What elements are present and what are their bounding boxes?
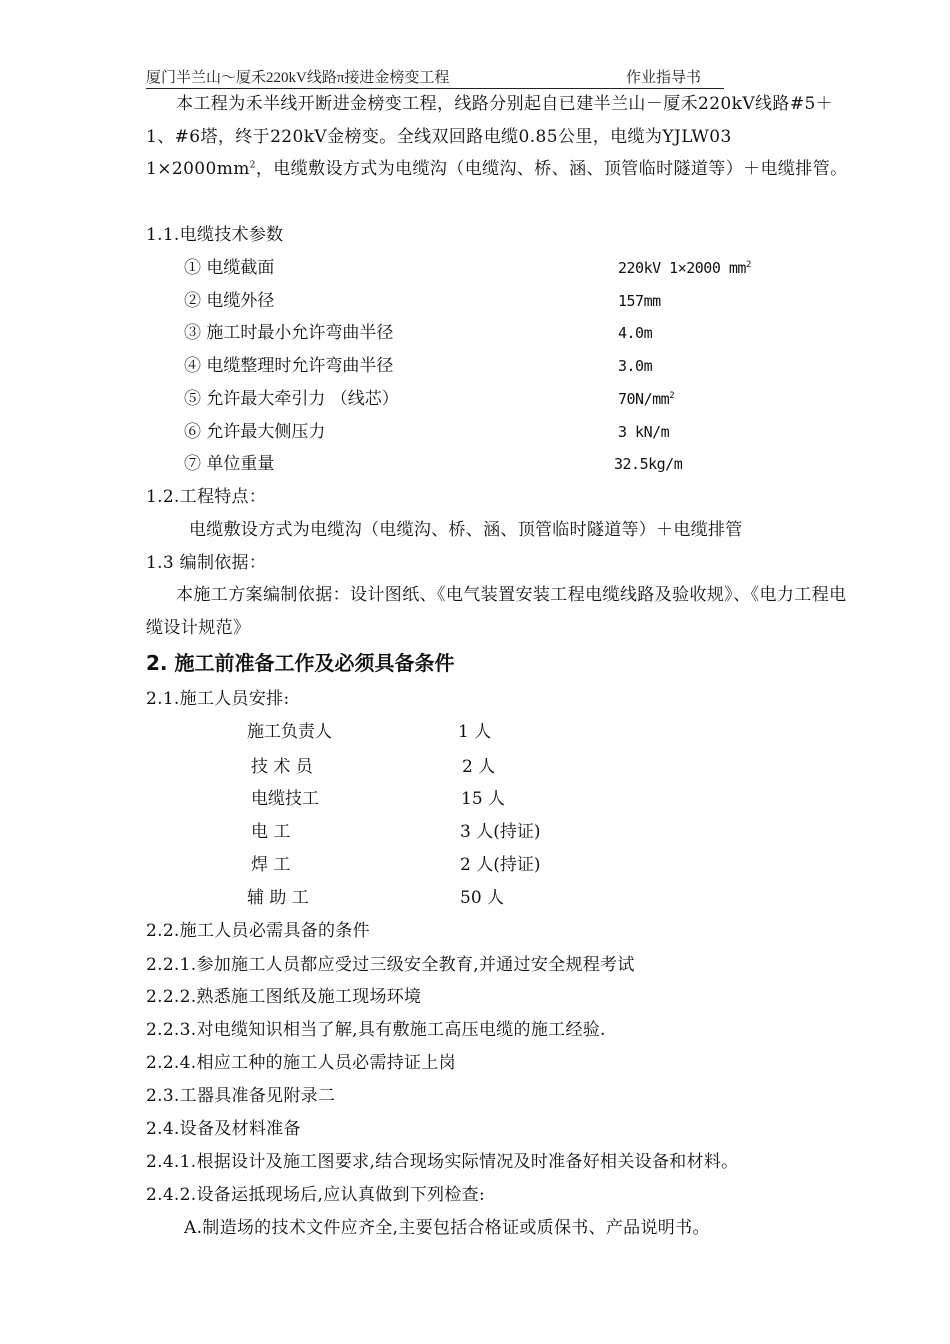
param-label: ③ 施工时最小允许弯曲半径: [184, 322, 393, 344]
item-2-2-1: 2.2.1.参加施工人员都应受过三级安全教育,并通过安全规程考试: [146, 954, 635, 976]
param-label: ⑤ 允许最大牵引力 （线芯）: [184, 388, 399, 410]
param-label: ① 电缆截面: [184, 257, 274, 279]
item-a: A.制造场的技术文件应齐全,主要包括合格证或质保书、产品说明书。: [184, 1217, 710, 1239]
item-2-3: 2.3.工器具准备见附录二: [146, 1085, 335, 1107]
features-text: 电缆敷设方式为电缆沟（电缆沟、桥、涵、顶管临时隧道等）＋电缆排管: [189, 519, 743, 541]
param-label: ④ 电缆整理时允许弯曲半径: [184, 355, 393, 377]
staff-role: 辅 助 工: [247, 887, 309, 909]
param-value: 70N/mm2: [618, 388, 674, 410]
staff-role: 技 术 员: [251, 756, 313, 778]
item-2-4-1: 2.4.1.根据设计及施工图要求,结合现场实际情况及时准备好相关设备和材料。: [146, 1151, 738, 1173]
intro-paragraph: 本工程为禾半线开断进金榜变工程，线路分别起自已建半兰山－厦禾220kV线路#5＋…: [146, 88, 861, 186]
staff-role: 施工负责人: [247, 721, 332, 743]
staff-count: 1 人: [458, 721, 491, 743]
item-2-2-2: 2.2.2.熟悉施工图纸及施工现场环境: [146, 986, 421, 1008]
param-label: ⑥ 允许最大侧压力: [184, 421, 325, 443]
heading-1-2: 1.2.工程特点：: [146, 486, 266, 508]
param-value: 4.0m: [618, 322, 652, 344]
staff-role: 焊 工: [251, 854, 290, 876]
staff-count: 50 人: [460, 887, 504, 909]
item-2-4: 2.4.设备及材料准备: [146, 1118, 301, 1140]
param-value: 220kV 1×2000 mm2: [618, 257, 751, 279]
item-2-2-4: 2.2.4.相应工种的施工人员必需持证上岗: [146, 1052, 456, 1074]
item-2-2: 2.2.施工人员必需具备的条件: [146, 920, 370, 942]
param-value: 157mm: [618, 290, 661, 312]
param-value: 3 kN/m: [618, 421, 669, 443]
header-title: 厦门半兰山～厦禾220kV线路π接进金榜变工程: [146, 68, 449, 88]
item-2-4-2: 2.4.2.设备运抵现场后,应认真做到下列检查:: [146, 1184, 485, 1206]
param-value: 3.0m: [618, 355, 652, 377]
param-value: 32.5kg/m: [614, 453, 682, 475]
document-page: 厦门半兰山～厦禾220kV线路π接进金榜变工程 作业指导书 本工程为禾半线开断进…: [0, 0, 950, 1344]
heading-1-1: 1.1.电缆技术参数: [146, 224, 283, 246]
header-doc-type: 作业指导书: [626, 68, 701, 88]
staff-count: 2 人(持证): [460, 854, 540, 876]
staff-role: 电 工: [251, 821, 290, 843]
intro-text-after: ，电缆敷设方式为电缆沟（电缆沟、桥、涵、顶管临时隧道等）＋电缆排管。: [256, 159, 848, 179]
heading-1-3: 1.3 编制依据：: [146, 552, 266, 574]
staff-count: 15 人: [461, 788, 505, 810]
param-label: ② 电缆外径: [184, 290, 274, 312]
staff-role: 电缆技工: [251, 788, 319, 810]
param-label: ⑦ 单位重量: [184, 453, 274, 475]
heading-2-1: 2.1.施工人员安排:: [146, 688, 289, 710]
page-header: 厦门半兰山～厦禾220kV线路π接进金榜变工程 作业指导书: [146, 68, 724, 89]
staff-count: 2 人: [462, 756, 495, 778]
staff-count: 3 人(持证): [460, 821, 540, 843]
section-2-title: 2. 施工前准备工作及必须具备条件: [146, 650, 454, 676]
item-2-2-3: 2.2.3.对电缆知识相当了解,具有敷施工高压电缆的施工经验.: [146, 1019, 606, 1041]
basis-text: 本施工方案编制依据：设计图纸、《电气装置安装工程电缆线路及验收规》、《电力工程电…: [146, 585, 847, 638]
basis-paragraph: 本施工方案编制依据：设计图纸、《电气装置安装工程电缆线路及验收规》、《电力工程电…: [146, 579, 861, 644]
